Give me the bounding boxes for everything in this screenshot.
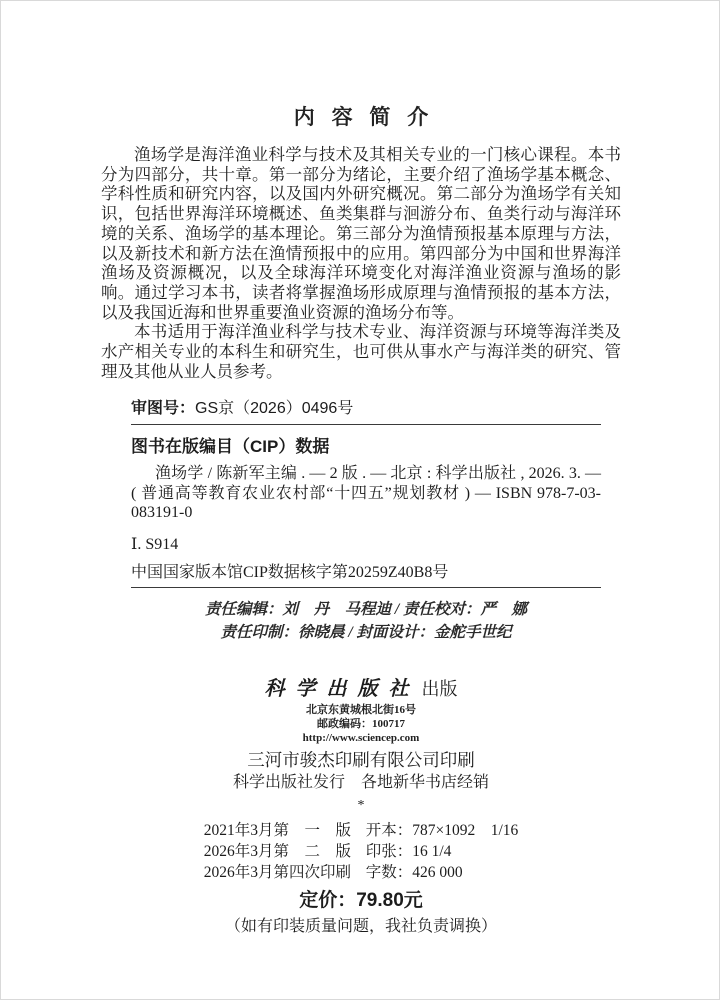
edition-date-1: 2021年3月第 一 版 xyxy=(204,820,366,841)
page-title: 内容简介 xyxy=(101,101,621,131)
edition-date-2: 2026年3月第 二 版 xyxy=(204,841,366,862)
divider-bottom xyxy=(131,587,601,588)
edition-details: 2021年3月第 一 版开本：787×1092 1/16 2026年3月第 二 … xyxy=(204,820,519,883)
cip-data-section: 审图号：GS京（2026）0496号 图书在版编目（CIP）数据 渔场学 / 陈… xyxy=(131,399,601,644)
distribution-info: 科学出版社发行 各地新华书店经销 xyxy=(1,772,720,794)
sheets-spec: 印张：16 1/4 xyxy=(366,841,452,862)
map-approval-label: 审图号： xyxy=(131,400,195,417)
cip-classification: Ⅰ. S914 xyxy=(131,535,601,554)
publisher-address: 北京东黄城根北街16号 xyxy=(1,703,720,717)
publisher-suffix: 出版 xyxy=(422,679,458,699)
summary-paragraph-1: 渔场学是海洋渔业科学与技术及其相关专业的一门核心课程。本书分为四部分，共十章。第… xyxy=(101,145,621,322)
map-approval-value: GS京（2026）0496号 xyxy=(195,400,353,417)
publisher-website: http://www.sciencep.com xyxy=(1,731,720,745)
publisher-line: 科学出版社出版 xyxy=(1,677,720,703)
publisher-postcode: 邮政编码：100717 xyxy=(1,717,720,731)
map-approval-number: 审图号：GS京（2026）0496号 xyxy=(131,399,601,419)
cip-record: 渔场学 / 陈新军主编 . — 2 版 . — 北京 : 科学出版社 , 202… xyxy=(131,464,601,523)
cip-registry-number: 中国国家版本馆CIP数据核字第20259Z40B8号 xyxy=(131,563,601,582)
edition-row-second: 2026年3月第 二 版印张：16 1/4 xyxy=(204,841,519,862)
printer-name: 三河市骏杰印刷有限公司印刷 xyxy=(1,748,720,772)
staff-credits: 责任编辑：刘 丹 马程迪 / 责任校对：严 娜 责任印制：徐晓晨 / 封面设计：… xyxy=(131,598,601,644)
divider-top xyxy=(131,424,601,425)
edition-row-first: 2021年3月第 一 版开本：787×1092 1/16 xyxy=(204,820,519,841)
credits-editors: 责任编辑：刘 丹 马程迪 / 责任校对：严 娜 xyxy=(131,598,601,621)
printing-date: 2026年3月第四次印刷 xyxy=(204,862,366,883)
edition-row-printing: 2026年3月第四次印刷字数：426 000 xyxy=(204,862,519,883)
credits-production: 责任印制：徐晓晨 / 封面设计：金舵手世纪 xyxy=(131,621,601,644)
cip-header: 图书在版编目（CIP）数据 xyxy=(131,437,601,457)
price: 定价：79.80元 xyxy=(1,889,720,913)
imprint-section: 科学出版社出版 北京东黄城根北街16号 邮政编码：100717 http://w… xyxy=(1,677,720,938)
summary-paragraph-2: 本书适用于海洋渔业科学与技术专业、海洋资源与环境等海洋类及水产相关专业的本科生和… xyxy=(101,322,621,381)
publisher-logo-text: 科学出版社 xyxy=(265,678,420,700)
content-summary-section: 内容简介 渔场学是海洋渔业科学与技术及其相关专业的一门核心课程。本书分为四部分，… xyxy=(101,101,621,381)
book-copyright-page: 内容简介 渔场学是海洋渔业科学与技术及其相关专业的一门核心课程。本书分为四部分，… xyxy=(0,0,720,1000)
word-count: 字数：426 000 xyxy=(366,862,463,883)
star-separator: * xyxy=(1,798,720,814)
format-spec: 开本：787×1092 1/16 xyxy=(366,820,519,841)
quality-note: （如有印装质量问题，我社负责调换） xyxy=(1,916,720,938)
